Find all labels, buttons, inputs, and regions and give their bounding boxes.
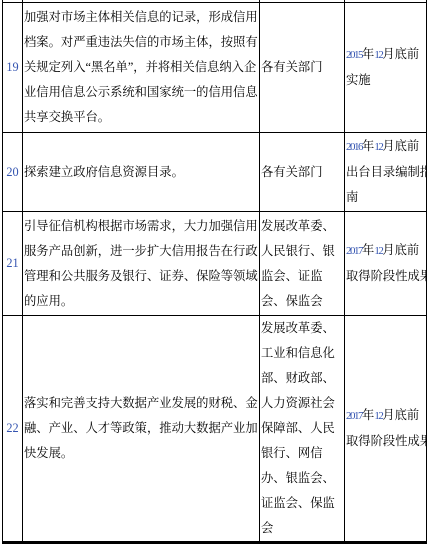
- task-text: 加强对市场主体相关信息的记录，形成信用 档案。对严重违法失信的市场主体，按照有 …: [23, 5, 259, 130]
- row-number: 21: [3, 251, 22, 276]
- deadline-cell: 2017年12月底前 取得阶段性成果: [345, 212, 427, 316]
- task-text: 落实和完善支持大数据产业发展的财税、金 融、产业、人才等政策，推动大数据产业加 …: [23, 391, 259, 466]
- deadline-text: 2017年12月底前 取得阶段性成果: [345, 403, 426, 454]
- deadline-cell: 2017年12月底前 取得阶段性成果: [345, 316, 427, 543]
- task-division-table: 19 加强对市场主体相关信息的记录，形成信用 档案。对严重违法失信的市场主体，按…: [2, 0, 427, 544]
- departments-text: 发展改革委、 工业和信息化 部、财政部、 人力资源社会 保障部、人民 银行、网信…: [260, 316, 344, 541]
- row-number: 19: [3, 55, 22, 80]
- table-row: 21 引导征信机构根据市场需求，大力加强信用 服务产品创新，进一步扩大信用报告在…: [3, 212, 427, 316]
- departments-text: 各有关部门: [260, 160, 344, 185]
- row-number: 22: [3, 416, 22, 441]
- row-number-cell: 20: [3, 133, 23, 212]
- deadline-cell: 2015年12月底前 实施: [345, 3, 427, 133]
- row-number: 20: [3, 160, 22, 185]
- departments-cell: 发展改革委、 工业和信息化 部、财政部、 人力资源社会 保障部、人民 银行、网信…: [260, 316, 345, 543]
- row-number-cell: 19: [3, 3, 23, 133]
- departments-cell: 各有关部门: [260, 133, 345, 212]
- table-row: 19 加强对市场主体相关信息的记录，形成信用 档案。对严重违法失信的市场主体，按…: [3, 3, 427, 133]
- departments-cell: 发展改革委、 人民银行、银 监会、证监 会、保监会: [260, 212, 345, 316]
- task-cell: 加强对市场主体相关信息的记录，形成信用 档案。对严重违法失信的市场主体，按照有 …: [23, 3, 260, 133]
- departments-text: 各有关部门: [260, 55, 344, 80]
- deadline-cell: 2016年12月底前 出台目录编制指 南: [345, 133, 427, 212]
- deadline-text: 2016年12月底前 出台目录编制指 南: [345, 134, 426, 210]
- row-number-cell: 21: [3, 212, 23, 316]
- departments-cell: 各有关部门: [260, 3, 345, 133]
- task-text: 探索建立政府信息资源目录。: [23, 160, 259, 185]
- task-cell: 落实和完善支持大数据产业发展的财税、金 融、产业、人才等政策，推动大数据产业加 …: [23, 316, 260, 543]
- task-text: 引导征信机构根据市场需求，大力加强信用 服务产品创新，进一步扩大信用报告在行政 …: [23, 214, 259, 314]
- table-row: 22 落实和完善支持大数据产业发展的财税、金 融、产业、人才等政策，推动大数据产…: [3, 316, 427, 543]
- row-number-cell: 22: [3, 316, 23, 543]
- document-page: 19 加强对市场主体相关信息的记录，形成信用 档案。对严重违法失信的市场主体，按…: [0, 0, 430, 552]
- deadline-text: 2015年12月底前 实施: [345, 42, 426, 93]
- deadline-text: 2017年12月底前 取得阶段性成果: [345, 238, 426, 289]
- task-cell: 引导征信机构根据市场需求，大力加强信用 服务产品创新，进一步扩大信用报告在行政 …: [23, 212, 260, 316]
- departments-text: 发展改革委、 人民银行、银 监会、证监 会、保监会: [260, 214, 344, 314]
- task-cell: 探索建立政府信息资源目录。: [23, 133, 260, 212]
- table-row: 20 探索建立政府信息资源目录。 各有关部门 2016年12月底前 出台目录编制…: [3, 133, 427, 212]
